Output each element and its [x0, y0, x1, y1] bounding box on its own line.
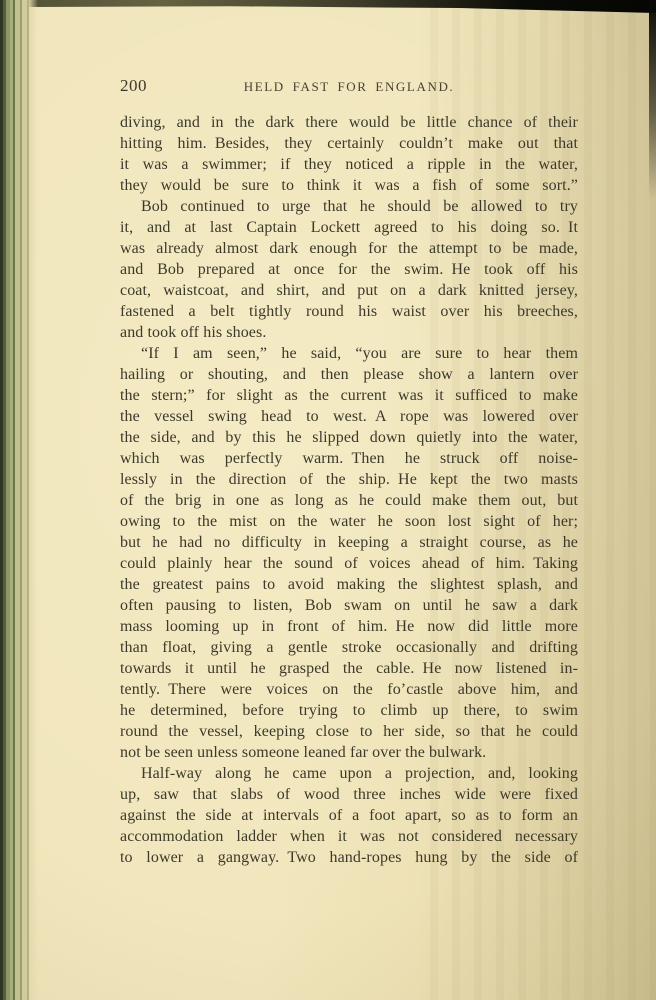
book-top-edge — [0, 0, 656, 13]
text-line: tently. There were voices on the fo’cast… — [120, 679, 578, 700]
text-line: which was perfectly warm. Then he struck… — [120, 448, 578, 469]
text-line: hitting him. Besides, they certainly cou… — [120, 133, 578, 154]
text-line: Half-way along he came upon a projection… — [120, 763, 578, 784]
text-line: and took off his shoes. — [120, 322, 578, 343]
text-line: hailing or shouting, and then please sho… — [120, 364, 578, 385]
text-line: fastened a belt tightly round his waist … — [120, 301, 578, 322]
text-line: and Bob prepared at once for the swim. H… — [120, 259, 578, 280]
text-line: mass looming up in front of him. He now … — [120, 616, 578, 637]
text-line: but he had no difficulty in keeping a st… — [120, 532, 578, 553]
text-line: often pausing to listen, Bob swam on unt… — [120, 595, 578, 616]
text-line: it was a swimmer; if they noticed a ripp… — [120, 154, 578, 175]
text-line: accommodation ladder when it was not con… — [120, 826, 578, 847]
text-line: it, and at last Captain Lockett agreed t… — [120, 217, 578, 238]
text-line: the stern;” for slight as the current wa… — [120, 385, 578, 406]
running-title: HELD FAST FOR ENGLAND. — [120, 76, 578, 95]
book-page-scan: 200 HELD FAST FOR ENGLAND. diving, and i… — [0, 0, 656, 1000]
text-line: coat, waistcoat, and shirt, and put on a… — [120, 280, 578, 301]
text-line: “If I am seen,” he said, “you are sure t… — [120, 343, 578, 364]
text-line: towards it until he grasped the cable. H… — [120, 658, 578, 679]
page-content: 200 HELD FAST FOR ENGLAND. diving, and i… — [120, 76, 578, 868]
page-number: 200 — [120, 76, 147, 96]
book-binding-left-edges — [0, 0, 38, 1000]
text-line: the side, and by this he slipped down qu… — [120, 427, 578, 448]
text-line: than float, giving a gentle stroke occas… — [120, 637, 578, 658]
page-header: 200 HELD FAST FOR ENGLAND. — [120, 76, 578, 98]
text-line: diving, and in the dark there would be l… — [120, 112, 578, 133]
text-line: round the vessel, keeping close to her s… — [120, 721, 578, 742]
text-line: the greatest pains to avoid making the s… — [120, 574, 578, 595]
text-body: diving, and in the dark there would be l… — [120, 112, 578, 868]
text-line: of the brig in one as long as he could m… — [120, 490, 578, 511]
text-line: Bob continued to urge that he should be … — [120, 196, 578, 217]
text-line: against the side at intervals of a foot … — [120, 805, 578, 826]
text-line: up, saw that slabs of wood three inches … — [120, 784, 578, 805]
book-corner-shadow — [649, 0, 656, 200]
text-line: the vessel swing head to west. A rope wa… — [120, 406, 578, 427]
text-line: he determined, before trying to climb up… — [120, 700, 578, 721]
text-line: they would be sure to think it was a fis… — [120, 175, 578, 196]
text-line: not be seen unless someone leaned far ov… — [120, 742, 578, 763]
text-line: was already almost dark enough for the a… — [120, 238, 578, 259]
text-line: to lower a gangway. Two hand-ropes hung … — [120, 847, 578, 868]
text-line: lessly in the direction of the ship. He … — [120, 469, 578, 490]
text-line: owing to the mist on the water he soon l… — [120, 511, 578, 532]
text-line: could plainly hear the sound of voices a… — [120, 553, 578, 574]
